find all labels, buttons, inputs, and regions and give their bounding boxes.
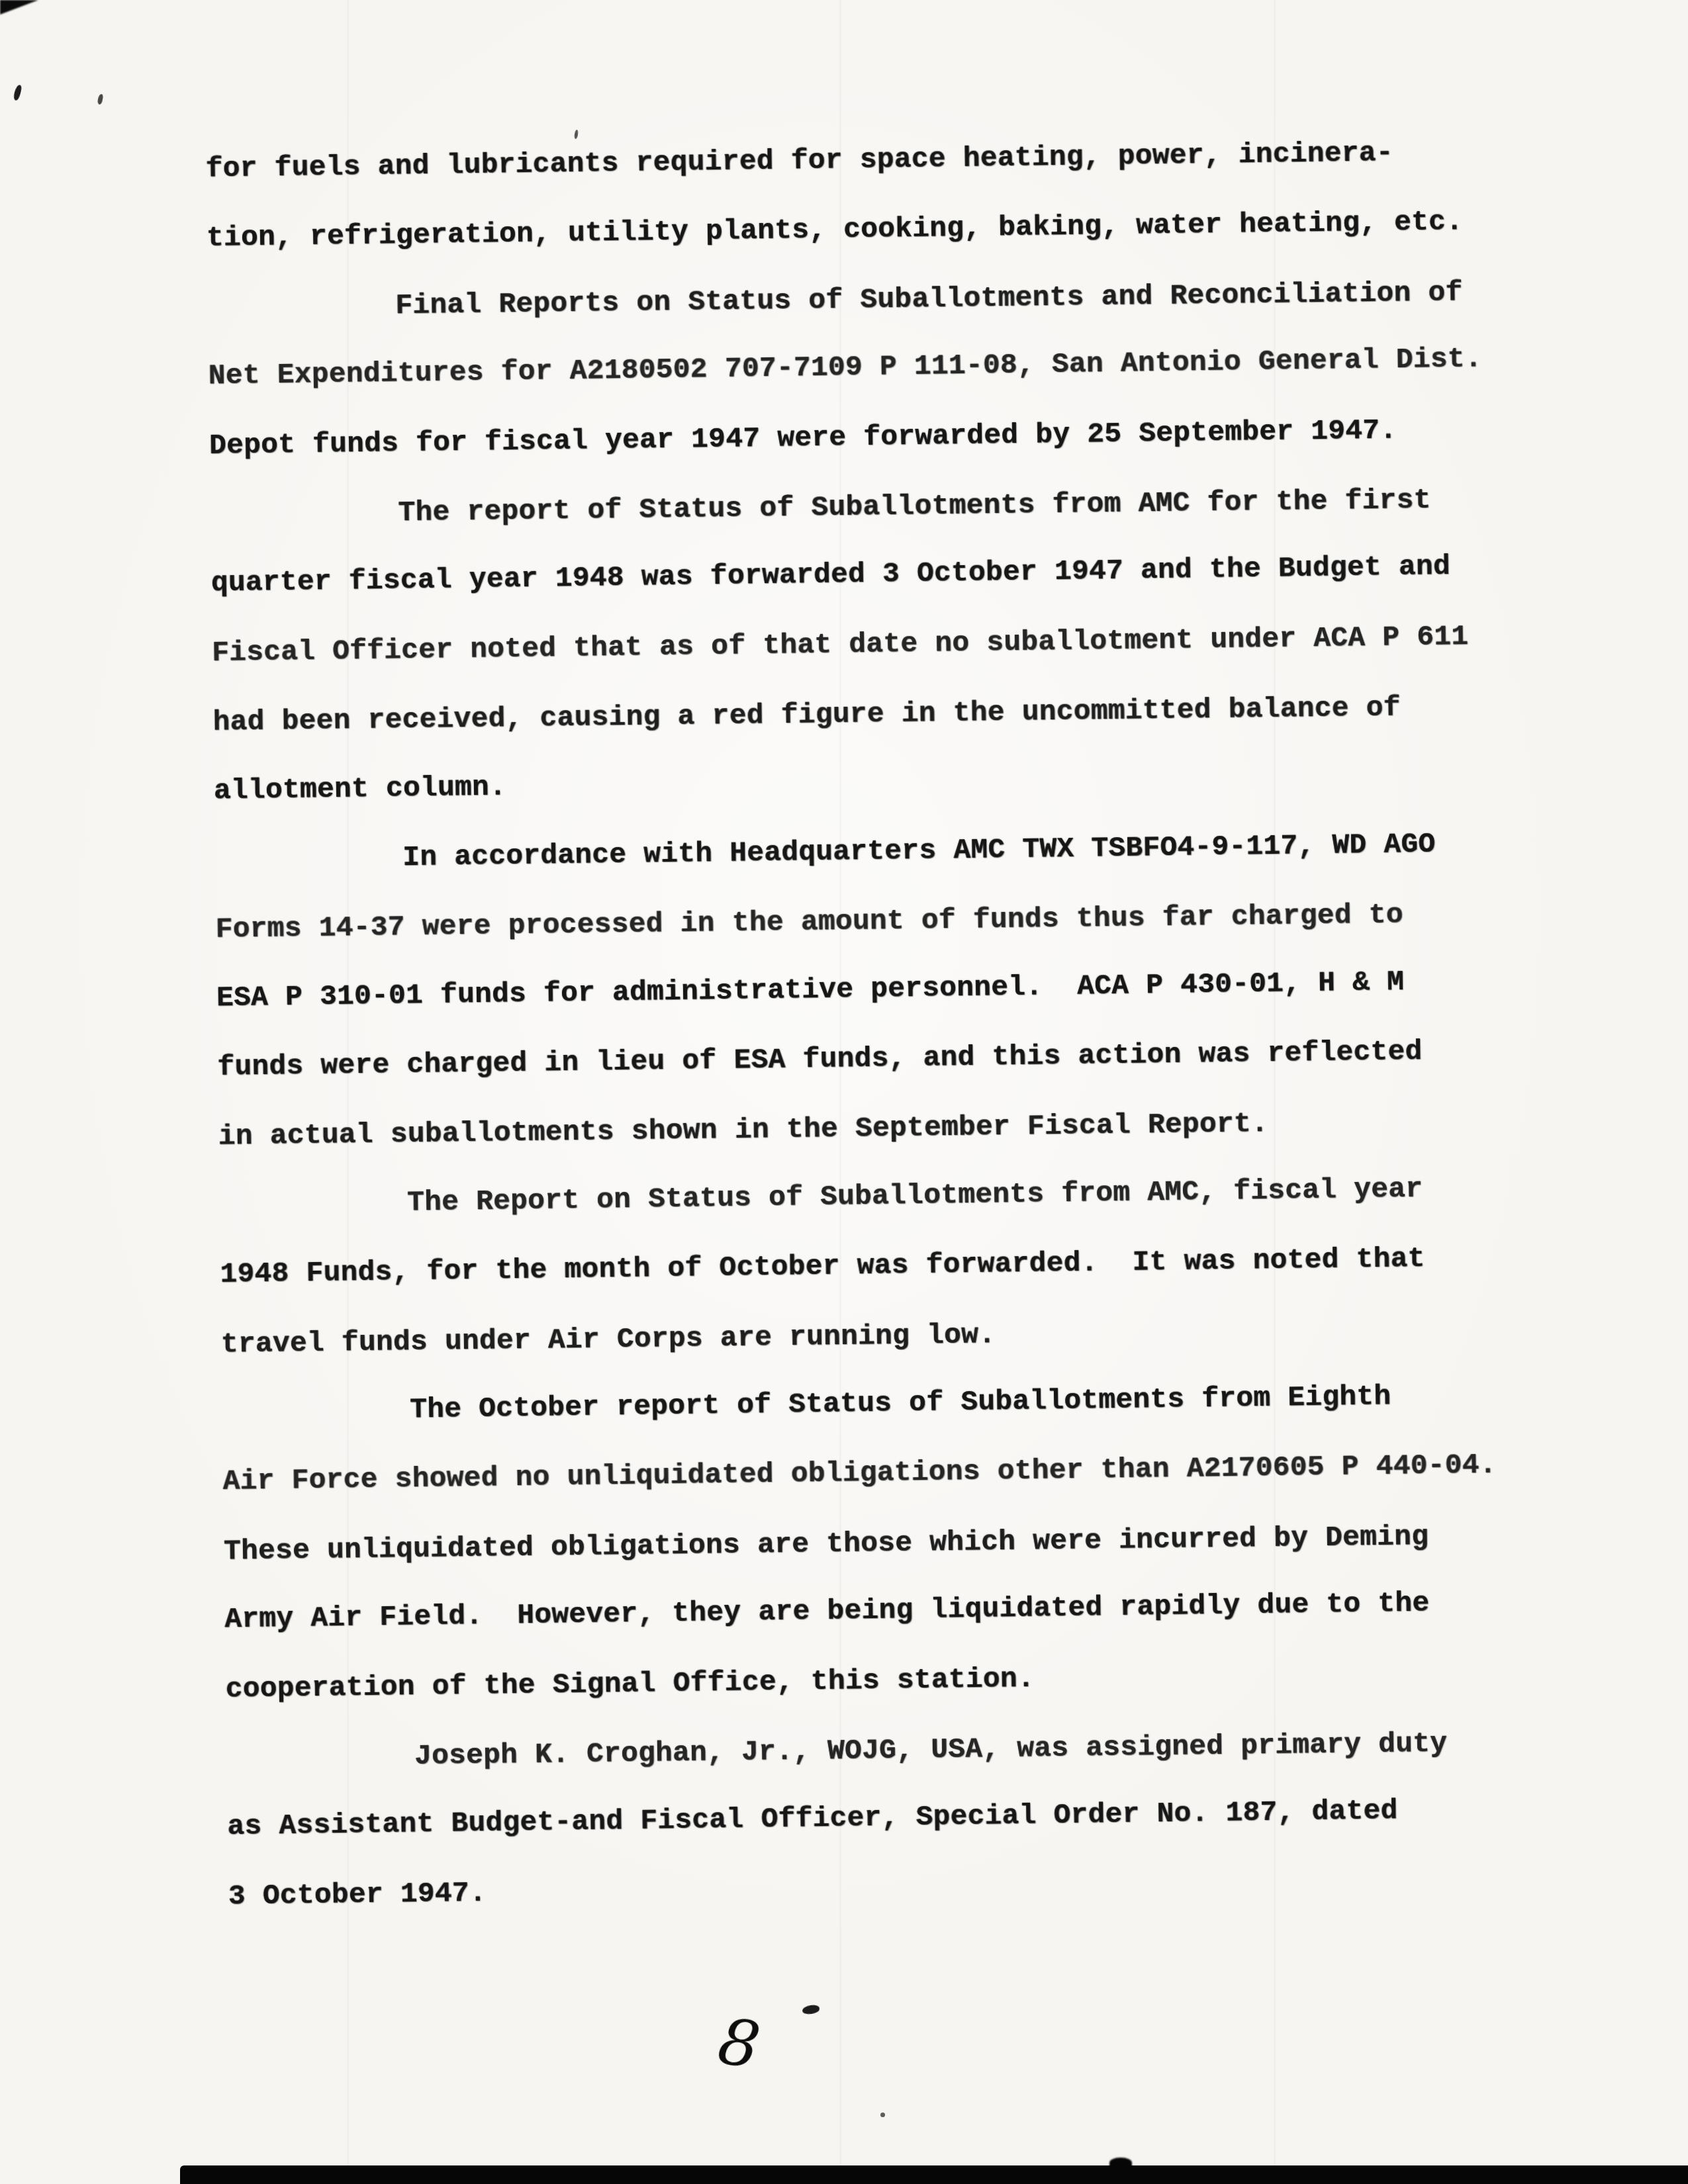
ink-speck-icon [802,2004,820,2015]
scan-edge-bar [180,2165,1688,2184]
ink-speck-icon [880,2113,885,2117]
ink-speck-icon [97,94,104,105]
page-number: 8 [714,2009,764,2078]
scan-corner-notch [0,0,38,15]
ink-speck-icon [13,84,23,101]
typed-text-block: for fuels and lubricants required for sp… [205,118,1552,1931]
document-page: for fuels and lubricants required for sp… [0,0,1688,2184]
